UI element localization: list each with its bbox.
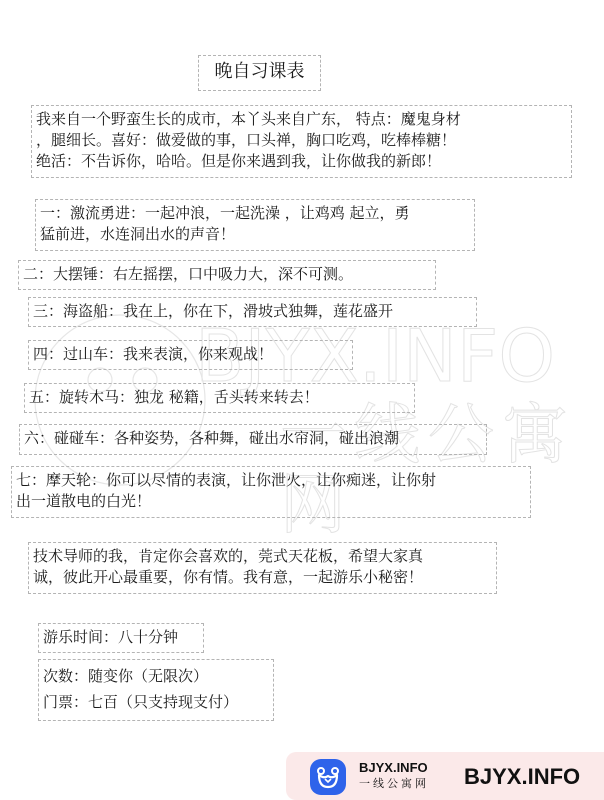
intro-line-2: ，腿细长。喜好：做爱做的事，口头禅，胸口吃鸡，吃棒棒糖！ — [36, 130, 567, 151]
brand-name-large: BJYX.INFO — [464, 764, 580, 790]
times-price-box: 次数：随变你（无限次） 门票：七百（只支持现支付） — [38, 659, 274, 721]
item-box-2: 二：大摆锤：右左摇摆，口中吸力大，深不可测。 — [18, 260, 436, 290]
item-box-7: 七：摩天轮：你可以尽情的表演，让你泄火，让你痴迷，让你射 出一道散电的白光！ — [11, 466, 531, 518]
item-box-1: 一：激流勇进：一起冲浪，一起洗澡 ，让鸡鸡 起立，勇 猛前进，水连洞出水的声音！ — [35, 199, 475, 251]
item-7-line-1: 七：摩天轮：你可以尽情的表演，让你泄火，让你痴迷，让你射 — [16, 470, 526, 491]
item-2-line-1: 二：大摆锤：右左摇摆，口中吸力大，深不可测。 — [23, 264, 431, 285]
intro-line-1: 我来自一个野蛮生长的成市，本丫头来自广东， 特点：魔鬼身材 — [36, 109, 567, 130]
duration-text: 游乐时间：八十分钟 — [43, 627, 199, 648]
intro-box: 我来自一个野蛮生长的成市，本丫头来自广东， 特点：魔鬼身材 ，腿细长。喜好：做爱… — [31, 105, 572, 178]
item-6-line-1: 六：碰碰车：各种姿势，各种舞，碰出水帘洞，碰出浪潮 — [24, 428, 482, 449]
item-3-line-1: 三：海盗船：我在上，你在下，滑坡式独舞，莲花盛开 — [33, 301, 472, 322]
smiley-heart-icon — [310, 759, 346, 795]
item-box-6: 六：碰碰车：各种姿势，各种舞，碰出水帘洞，碰出浪潮 — [19, 424, 487, 455]
page-title: 晚自习课表 — [198, 55, 321, 91]
brand-name-small: BJYX.INFO — [359, 761, 428, 775]
closing-box: 技术导师的我，肯定你会喜欢的，莞式天花板，希望大家真 诚，彼此开心最重要，你有情… — [28, 542, 497, 594]
closing-line-1: 技术导师的我，肯定你会喜欢的，莞式天花板，希望大家真 — [33, 546, 492, 567]
item-1-line-2: 猛前进，水连洞出水的声音！ — [40, 224, 470, 245]
footer-badge: BJYX.INFO 一线公寓网 BJYX.INFO — [286, 752, 604, 800]
item-7-line-2: 出一道散电的白光！ — [16, 491, 526, 512]
duration-box: 游乐时间：八十分钟 — [38, 623, 204, 653]
brand-subtitle: 一线公寓网 — [359, 777, 429, 790]
item-1-line-1: 一：激流勇进：一起冲浪，一起洗澡 ，让鸡鸡 起立，勇 — [40, 203, 470, 224]
item-box-3: 三：海盗船：我在上，你在下，滑坡式独舞，莲花盛开 — [28, 297, 477, 327]
item-box-4: 四：过山车：我来表演，你来观战！ — [28, 340, 353, 370]
item-4-line-1: 四：过山车：我来表演，你来观战！ — [33, 344, 348, 365]
price-text: 门票：七百（只支持现支付） — [43, 689, 269, 715]
intro-line-3: 绝活：不告诉你，哈哈。但是你来遇到我，让你做我的新郎！ — [36, 151, 567, 172]
item-5-line-1: 五：旋转木马：独龙 秘籍，舌头转来转去！ — [29, 387, 410, 408]
closing-line-2: 诚，彼此开心最重要，你有情。我有意，一起游乐小秘密！ — [33, 567, 492, 588]
times-text: 次数：随变你（无限次） — [43, 663, 269, 689]
item-box-5: 五：旋转木马：独龙 秘籍，舌头转来转去！ — [24, 383, 415, 413]
